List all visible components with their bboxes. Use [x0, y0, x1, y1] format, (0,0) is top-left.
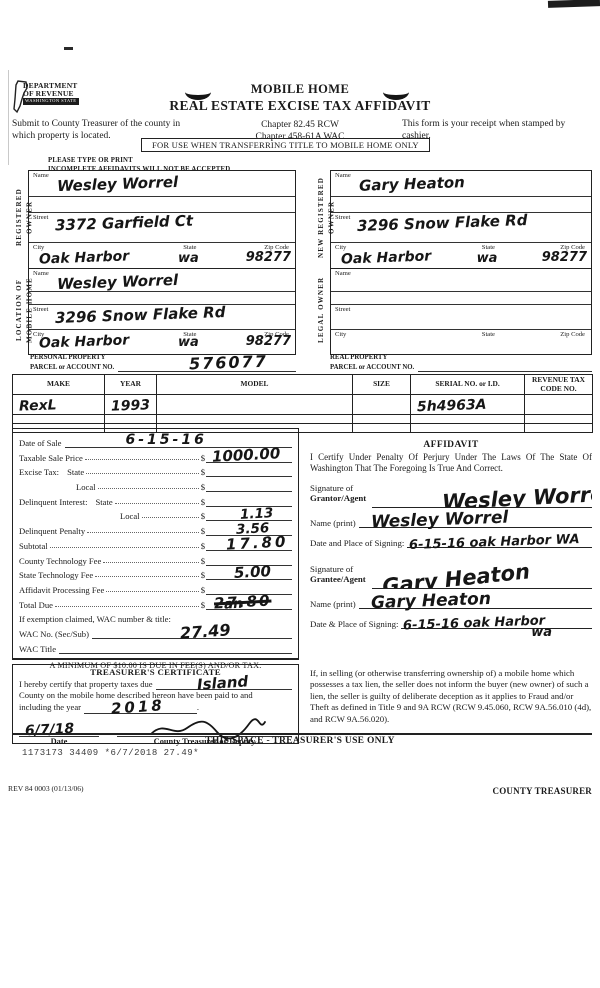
dollar-sign: $ — [201, 570, 205, 580]
name-label: Name — [335, 270, 351, 277]
fee-label: Taxable Sale Price — [19, 453, 83, 463]
grantee-printed-name: Gary Heaton — [370, 590, 490, 611]
make-value: RexL — [19, 398, 57, 413]
treasurer-line3: including the year 2018 . — [19, 702, 199, 714]
total-due-value-struck: 27.80 — [214, 593, 272, 611]
dollar-sign: $ — [201, 482, 205, 492]
county-blank-line: Island — [156, 678, 292, 690]
state-label: State — [482, 331, 495, 338]
zip-label: Zip Code — [560, 331, 585, 338]
scan-smudge-artifact — [548, 0, 600, 8]
fee-label: State — [96, 497, 113, 507]
size-header: SIZE — [353, 375, 411, 395]
location-name-row: Name Wesley Worrel — [29, 269, 295, 292]
treasurer-line1: I hereby certify that property taxes due… — [19, 678, 292, 690]
registered-owner-state-value: wa — [178, 252, 199, 265]
personal-parcel-line: 576077 — [118, 357, 296, 372]
affidavit-title: AFFIDAVIT — [310, 440, 592, 450]
section-label-registered-owner: REGISTERED OWNER — [14, 170, 28, 265]
grantor-date-line: 6-15-16 oak Harbor WA — [407, 534, 592, 548]
dot-leader — [50, 547, 199, 548]
grantor-print-line: Wesley Worrel — [359, 514, 592, 528]
registered-owner-street-value: 3372 Garfield Ct — [55, 214, 194, 234]
wac-number-row: WAC No. (Sec/Sub) 27.49 — [19, 624, 292, 639]
location-city-row: City State Zip Code Oak Harbor wa 98277 — [29, 330, 295, 354]
registered-owner-street-row: Street 3372 Garfield Ct — [29, 213, 295, 243]
personal-parcel-value: 576077 — [189, 354, 268, 373]
fee-row-excise-state: Excise Tax: State $ — [19, 463, 292, 478]
fee-row-processing: Affidavit Processing Fee $ — [19, 580, 292, 595]
grantor-date-label: Date and Place of Signing: — [310, 538, 404, 548]
name-label: Name — [33, 270, 49, 277]
registered-owner-blank-row — [29, 197, 295, 213]
year-blank-line: 2018 — [84, 702, 197, 714]
fee-label: Affidavit Processing Fee — [19, 585, 104, 595]
type-or-print-note: PLEASE TYPE OR PRINT — [48, 156, 230, 165]
fee-label: Subtotal — [19, 541, 48, 551]
dollar-sign: $ — [201, 467, 205, 477]
new-owner-zip-value: 98277 — [542, 251, 587, 264]
grantee-date-value-line2: wa — [531, 626, 552, 639]
affidavit-certify-text: I Certify Under Penalty Of Perjury Under… — [310, 452, 592, 475]
fee-line: 5.00 — [206, 567, 292, 580]
real-parcel-label: REAL PROPERTY PARCEL or ACCOUNT NO. — [330, 353, 414, 372]
city-label: City — [33, 244, 44, 251]
fee-label: Total Due — [19, 600, 53, 610]
dot-leader — [98, 488, 199, 489]
state-label: State — [183, 331, 196, 338]
table-header-row: MAKE YEAR MODEL SIZE SERIAL NO. or I.D. … — [13, 375, 593, 395]
dot-leader — [55, 606, 199, 607]
legal-owner-street-row: Street — [331, 305, 591, 330]
location-blank-row — [29, 292, 295, 305]
treasurer-line2: County on the mobile home described here… — [19, 690, 292, 701]
treasurers-certificate: TREASURER'S CERTIFICATE I hereby certify… — [12, 664, 299, 744]
name-label: Name — [33, 172, 49, 179]
dot-leader — [103, 562, 198, 563]
treasurer-use-only-banner: THIS SPACE - TREASURER'S USE ONLY — [0, 736, 600, 746]
fee-line — [206, 464, 292, 477]
fee-line: 1000.00 — [206, 450, 292, 463]
dollar-sign: $ — [201, 453, 205, 463]
legal-owner-blank-row — [331, 292, 591, 305]
grantor-print-row: Name (print) Wesley Worrel — [310, 514, 592, 528]
name-label: Name — [335, 172, 351, 179]
legal-owner-name-row: Name — [331, 269, 591, 292]
lien-warning-paragraph: If, in selling (or otherwise transferrin… — [310, 668, 594, 725]
serial-header: SERIAL NO. or I.D. — [411, 375, 525, 395]
form-title-line2: REAL ESTATE EXCISE TAX AFFIDAVIT — [0, 98, 600, 115]
wac-no-line: 27.49 — [92, 626, 292, 639]
make-header: MAKE — [13, 375, 105, 395]
grantor-sig-label2: Grantor/Agent — [310, 493, 366, 503]
including-year-label: including the year — [19, 702, 81, 713]
grantor-signature-block: Signature of Grantor/Agent Wesley Worrel… — [310, 483, 592, 548]
dot-leader — [115, 503, 199, 504]
grantor-signature-value: Wesley Worrel — [442, 483, 592, 507]
chapter-rcw: Chapter 82.45 RCW — [210, 119, 390, 131]
grantee-signature-block: Signature of Grantee/Agent Gary Heaton N… — [310, 564, 592, 629]
city-label: City — [335, 244, 346, 251]
personal-parcel-label: PERSONAL PROPERTY PARCEL or ACCOUNT NO. — [30, 353, 114, 372]
form-title-line1: MOBILE HOME — [0, 82, 600, 98]
grantee-date-line: 6-15-16 oak Harbor wa — [401, 615, 592, 629]
year-value: 1993 — [111, 398, 150, 413]
scan-dash-artifact — [64, 47, 73, 50]
dollar-sign: $ — [201, 526, 205, 536]
fee-label: Delinquent Penalty — [19, 526, 85, 536]
footer-rule — [12, 733, 592, 735]
location-street-value: 3296 Snow Flake Rd — [55, 305, 226, 326]
fee-row-penalty: Delinquent Penalty $ 3.56 — [19, 521, 292, 536]
fee-label: State — [67, 467, 84, 477]
new-owner-name-value: Gary Heaton — [359, 175, 465, 194]
section-label-new-registered-owner: NEW REGISTERED OWNER — [316, 170, 330, 265]
grantee-print-line: Gary Heaton — [359, 595, 592, 609]
dollar-sign: $ — [201, 541, 205, 551]
table-row: RexL 1993 5h4963A — [13, 395, 593, 415]
grantee-sig-label2: Grantee/Agent — [310, 574, 366, 584]
legal-owner-city-row: City State Zip Code — [331, 330, 591, 354]
fee-row-delinq-state: Delinquent Interest: State $ — [19, 492, 292, 507]
fee-prefix: Delinquent Interest: — [19, 497, 88, 507]
dollar-sign: $ — [201, 511, 205, 521]
date-of-sale-line: 6-15-16 — [65, 447, 292, 448]
grantee-signature-line: Gary Heaton — [372, 564, 592, 589]
penalty-value: 3.56 — [236, 522, 270, 537]
location-street-row: Street 3296 Snow Flake Rd — [29, 305, 295, 330]
affidavit-section: AFFIDAVIT I Certify Under Penalty Of Per… — [310, 440, 592, 629]
fee-row-excise-local: Local $ — [19, 477, 292, 492]
dot-leader — [85, 459, 199, 460]
use-banner: FOR USE WHEN TRANSFERRING TITLE TO MOBIL… — [141, 138, 430, 152]
subtotal-value: 17.80 — [226, 534, 289, 552]
street-label: Street — [33, 306, 48, 313]
fee-row-county-tech: County Technology Fee $ — [19, 551, 292, 566]
fee-prefix: Excise Tax: — [19, 467, 59, 477]
new-owner-blank-row — [331, 197, 591, 213]
new-owner-street-value: 3296 Snow Flake Rd — [357, 213, 528, 234]
city-label: City — [335, 331, 346, 338]
fee-row-subtotal: Subtotal $ 17.80 — [19, 536, 292, 551]
fee-row-state-tech: State Technology Fee $ 5.00 — [19, 566, 292, 581]
grantor-sig-label1: Signature of — [310, 483, 372, 493]
fee-line — [206, 479, 292, 492]
exemption-intro: If exemption claimed, WAC number & title… — [19, 614, 292, 624]
grantee-print-label: Name (print) — [310, 599, 356, 609]
serial-value: 5h4963A — [417, 398, 487, 414]
dollar-sign: $ — [201, 556, 205, 566]
table-row — [13, 415, 593, 424]
dot-leader — [86, 473, 198, 474]
date-of-sale-value: 6-15-16 — [125, 433, 206, 447]
registered-owner-zip-value: 98277 — [246, 251, 291, 264]
state-tech-value: 5.00 — [234, 564, 272, 581]
street-label: Street — [335, 306, 350, 313]
fee-section: Date of Sale 6-15-16 Taxable Sale Price … — [12, 428, 299, 660]
fee-row-delinq-local: Local $ 1.13 — [19, 507, 292, 522]
fee-row-taxable: Taxable Sale Price $ 1000.00 — [19, 448, 292, 463]
location-name-value: Wesley Worrel — [57, 273, 179, 292]
fee-line — [206, 494, 292, 507]
taxable-price-value: 1000.00 — [212, 446, 281, 465]
grantee-sig-label1: Signature of — [310, 564, 372, 574]
zip-label: Zip Code — [560, 244, 585, 251]
grantee-date-value: 6-15-16 oak Harbor — [403, 614, 546, 632]
fee-label: County Technology Fee — [19, 556, 101, 566]
dot-leader — [87, 532, 199, 533]
new-owner-city-value: Oak Harbor — [341, 249, 432, 266]
year-header: YEAR — [105, 375, 157, 395]
fee-line: 17.80 — [206, 538, 292, 551]
grantor-date-row: Date and Place of Signing: 6-15-16 oak H… — [310, 534, 592, 548]
wac-title-label: WAC Title — [19, 644, 56, 654]
street-label: Street — [33, 214, 48, 221]
revenue-code-header: REVENUE TAX CODE NO. — [525, 375, 593, 395]
grantor-printed-name: Wesley Worrel — [370, 509, 508, 531]
fee-line — [206, 553, 292, 566]
wac-no-label: WAC No. (Sec/Sub) — [19, 629, 89, 639]
grantee-print-row: Name (print) Gary Heaton — [310, 595, 592, 609]
dot-leader — [95, 576, 199, 577]
wac-title-line — [59, 641, 292, 654]
registered-owner-city-value: Oak Harbor — [39, 249, 130, 266]
grantor-date-value: 6-15-16 oak Harbor WA — [409, 533, 580, 552]
mobile-home-table: MAKE YEAR MODEL SIZE SERIAL NO. or I.D. … — [12, 374, 593, 433]
treasurer-certify-pre: I hereby certify that property taxes due — [19, 679, 153, 690]
date-of-sale-label: Date of Sale — [19, 438, 61, 448]
location-city-value: Oak Harbor — [39, 333, 130, 350]
fee-line: 27.80 an — [206, 597, 292, 610]
street-label: Street — [335, 214, 350, 221]
new-owner-state-value: wa — [477, 252, 498, 265]
fee-line — [206, 582, 292, 595]
zip-label: Zip Code — [264, 244, 289, 251]
dollar-sign: $ — [201, 585, 205, 595]
model-header: MODEL — [157, 375, 353, 395]
cashier-stamp: 1173173 34409 *6/7/2018 27.49* — [22, 748, 199, 758]
dot-leader — [106, 591, 198, 592]
grantor-signature-line: Wesley Worrel — [372, 483, 592, 508]
date-of-sale-row: Date of Sale 6-15-16 — [19, 432, 292, 448]
city-label: City — [33, 331, 44, 338]
state-label: State — [183, 244, 196, 251]
grantee-date-label: Date & Place of Signing: — [310, 619, 398, 629]
grantor-print-label: Name (print) — [310, 518, 356, 528]
delinq-local-value: 1.13 — [240, 507, 274, 522]
wac-no-value: 27.49 — [179, 622, 231, 641]
real-parcel-line — [418, 357, 592, 372]
fee-label: Local — [120, 511, 140, 521]
fee-row-total: Total Due $ 27.80 an — [19, 595, 292, 610]
fee-label: State Technology Fee — [19, 570, 93, 580]
scanned-affidavit-form: DEPARTMENT OF REVENUE WASHINGTON STATE M… — [0, 0, 600, 988]
county-treasurer-label: COUNTY TREASURER — [0, 786, 592, 796]
treasurers-certificate-title: TREASURER'S CERTIFICATE — [19, 667, 292, 678]
dollar-sign: $ — [201, 497, 205, 507]
state-label: State — [482, 244, 495, 251]
dollar-sign: $ — [201, 600, 205, 610]
registered-owner-name-value: Wesley Worrel — [57, 175, 179, 194]
grantee-signature-value: Gary Heaton — [381, 564, 531, 589]
section-label-location: LOCATION OF MOBILE HOME — [14, 268, 28, 352]
wac-title-row: WAC Title — [19, 639, 292, 654]
registered-owner-name-row: Name Wesley Worrel — [29, 171, 295, 197]
fee-line: 1.13 — [206, 508, 292, 521]
dot-leader — [142, 517, 199, 518]
section-label-legal-owner: LEGAL OWNER — [316, 268, 330, 352]
fee-label: Local — [76, 482, 96, 492]
new-owner-name-row: Name Gary Heaton — [331, 171, 591, 197]
fee-line: 3.56 — [206, 523, 292, 536]
zip-label: Zip Code — [264, 331, 289, 338]
period: . — [197, 702, 199, 713]
grantee-date-row: Date & Place of Signing: 6-15-16 oak Har… — [310, 615, 592, 629]
new-owner-street-row: Street 3296 Snow Flake Rd — [331, 213, 591, 243]
